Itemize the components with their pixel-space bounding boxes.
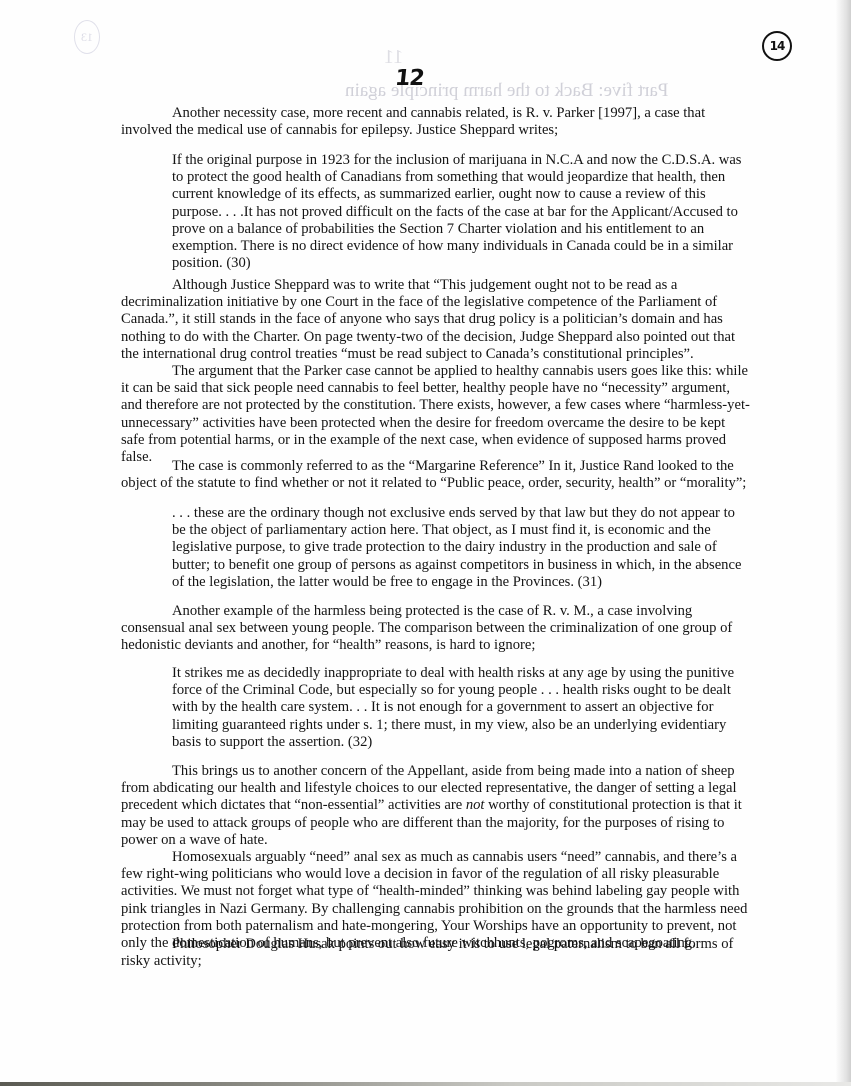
text-line: hedonistic deviants and another, for “he… bbox=[70, 637, 711, 654]
text-line: purpose. . . .It has not proved difficul… bbox=[172, 204, 711, 221]
text-line: exemption. There is no direct evidence o… bbox=[172, 238, 711, 255]
text-line: It strikes me as decidedly inappropriate… bbox=[172, 665, 711, 682]
text-line: force of the Criminal Code, but especial… bbox=[172, 682, 711, 699]
block-quote: It strikes me as decidedly inappropriate… bbox=[121, 665, 711, 751]
text-line: power on a wave of hate. bbox=[70, 832, 711, 849]
text-line: few right-wing politicians who would lov… bbox=[70, 866, 711, 883]
text-line: butter; to benefit one group of persons … bbox=[172, 557, 711, 574]
text-line: Homosexuals arguably “need” anal sex as … bbox=[121, 849, 711, 866]
text-line: The argument that the Parker case cannot… bbox=[121, 363, 711, 380]
block-quote: If the original purpose in 1923 for the … bbox=[121, 152, 711, 272]
text-line: it can be said that sick people need can… bbox=[70, 380, 711, 397]
text-line: Canada.”, it still stands in the face of… bbox=[70, 311, 711, 328]
text-line: may be used to attack groups of people w… bbox=[70, 815, 711, 832]
text-line: involved the medical use of cannabis for… bbox=[70, 122, 711, 139]
text-line: Although Justice Sheppard was to write t… bbox=[121, 277, 711, 294]
text-line: This brings us to another concern of the… bbox=[121, 763, 711, 780]
scan-bottom-edge bbox=[0, 1082, 851, 1086]
text-line: nothing to do with the Charter. On page … bbox=[70, 329, 711, 346]
scanned-page: 11 Part five: Back to the harm principle… bbox=[0, 0, 851, 1086]
text-line: precedent which dictates that “non-essen… bbox=[70, 797, 711, 814]
text-line: safe from potential harms, or in the exa… bbox=[70, 432, 711, 449]
text-line: consensual anal sex between young people… bbox=[70, 620, 711, 637]
text-line: . . . these are the ordinary though not … bbox=[172, 505, 711, 522]
paragraph: The argument that the Parker case cannot… bbox=[121, 363, 711, 466]
text-line: to protect the good health of Canadians … bbox=[172, 169, 711, 186]
text-line: and therefore are not protected by the c… bbox=[70, 397, 711, 414]
paragraph: The case is commonly referred to as the … bbox=[121, 458, 711, 492]
text-line: Philosopher Douglas Husak points out how… bbox=[121, 936, 711, 953]
text-line: prove on a balance of probabilities the … bbox=[172, 221, 711, 238]
block-quote: . . . these are the ordinary though not … bbox=[121, 505, 711, 591]
text-line: legislative purpose, to give trade prote… bbox=[172, 539, 711, 556]
text-line: with by the health care system. . . It i… bbox=[172, 699, 711, 716]
text-line: limiting guaranteed rights under s. 1; t… bbox=[172, 717, 711, 734]
text-line: basis to support the assertion. (32) bbox=[172, 734, 711, 751]
text-line: decriminalization initiative by one Cour… bbox=[70, 294, 711, 311]
text-line: object of the statute to find whether or… bbox=[70, 475, 711, 492]
paragraph: Another example of the harmless being pr… bbox=[121, 603, 711, 655]
paragraph: Another necessity case, more recent and … bbox=[121, 105, 711, 139]
text-line: risky activity; bbox=[70, 953, 711, 970]
paper-edge-shadow bbox=[835, 0, 851, 1086]
text-line: The case is commonly referred to as the … bbox=[121, 458, 711, 475]
paragraph: This brings us to another concern of the… bbox=[121, 763, 711, 849]
circled-page-number: 14 bbox=[762, 31, 792, 61]
handwritten-page-number: 12 bbox=[394, 66, 425, 91]
text-line: the international drug control treaties … bbox=[70, 346, 711, 363]
text-line: position. (30) bbox=[172, 255, 711, 272]
text-line: pink triangles in Nazi Germany. By chall… bbox=[70, 901, 711, 918]
text-line: current knowledge of its effects, as sum… bbox=[172, 186, 711, 203]
text-line: unnecessary” activities have been protec… bbox=[70, 415, 711, 432]
bleed-through-circled-number: 13 bbox=[74, 20, 100, 54]
text-line: be the object of parliamentary action he… bbox=[172, 522, 711, 539]
text-line: protection from both paternalism and hat… bbox=[70, 918, 711, 935]
text-line: from abdicating our health and lifestyle… bbox=[70, 780, 711, 797]
text-line: Another example of the harmless being pr… bbox=[121, 603, 711, 620]
text-line: activities. We must not forget what type… bbox=[70, 883, 711, 900]
paragraph: Although Justice Sheppard was to write t… bbox=[121, 277, 711, 363]
text-line: Another necessity case, more recent and … bbox=[121, 105, 711, 122]
text-line: of the legislation, the latter would be … bbox=[172, 574, 711, 591]
text-line: If the original purpose in 1923 for the … bbox=[172, 152, 711, 169]
paragraph: Philosopher Douglas Husak points out how… bbox=[121, 936, 711, 970]
